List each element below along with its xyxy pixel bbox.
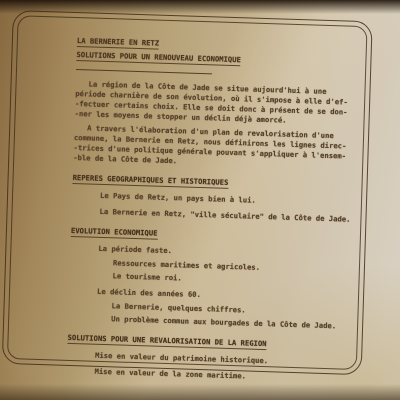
section-1: REPERES GEOGRAPHIQUES ET HISTORIQUESLe P… bbox=[71, 173, 360, 225]
outline-item: Le Pays de Retz, un pays bien à lui. bbox=[100, 191, 360, 209]
section-heading: EVOLUTION ECONOMIQUE bbox=[71, 226, 158, 240]
section-heading: REPERES GEOGRAPHIQUES ET HISTORIQUES bbox=[72, 173, 228, 189]
outline-sections: REPERES GEOGRAPHIQUES ET HISTORIQUESLe P… bbox=[66, 173, 360, 385]
paragraph-2: A travers l'élaboration d'un plan de rev… bbox=[73, 123, 362, 172]
paragraph-1: La région de la Côte de Jade se situe au… bbox=[74, 79, 363, 128]
document-text: LA BERNERIE EN RETZSOLUTIONS POUR UN REN… bbox=[66, 36, 365, 385]
intro-paragraphs: La région de la Côte de Jade se situe au… bbox=[73, 79, 363, 172]
outline-item: La Bernerie en Retz, "ville séculaire" d… bbox=[99, 207, 359, 225]
outline-item: Mise en valeur du patrimoine historique. bbox=[95, 351, 355, 369]
section-3: SOLUTIONS POUR UNE REVALORISATION DE LA … bbox=[66, 333, 355, 385]
title-line-2: SOLUTIONS POUR UN RENOUVEAU ECONOMIQUE bbox=[76, 50, 241, 66]
title-line-1: LA BERNERIE EN RETZ bbox=[77, 36, 160, 50]
section-heading: SOLUTIONS POUR UNE REVALORISATION DE LA … bbox=[67, 333, 266, 350]
photo-of-typewritten-document: LA BERNERIE EN RETZSOLUTIONS POUR UN REN… bbox=[0, 0, 400, 400]
section-2: EVOLUTION ECONOMIQUELa période faste.Res… bbox=[68, 226, 359, 332]
title-separator-line bbox=[76, 69, 212, 74]
outline-item: Mise en valeur de la zone maritime. bbox=[94, 367, 354, 385]
page-tilt-wrapper: LA BERNERIE EN RETZSOLUTIONS POUR UN REN… bbox=[0, 0, 400, 400]
